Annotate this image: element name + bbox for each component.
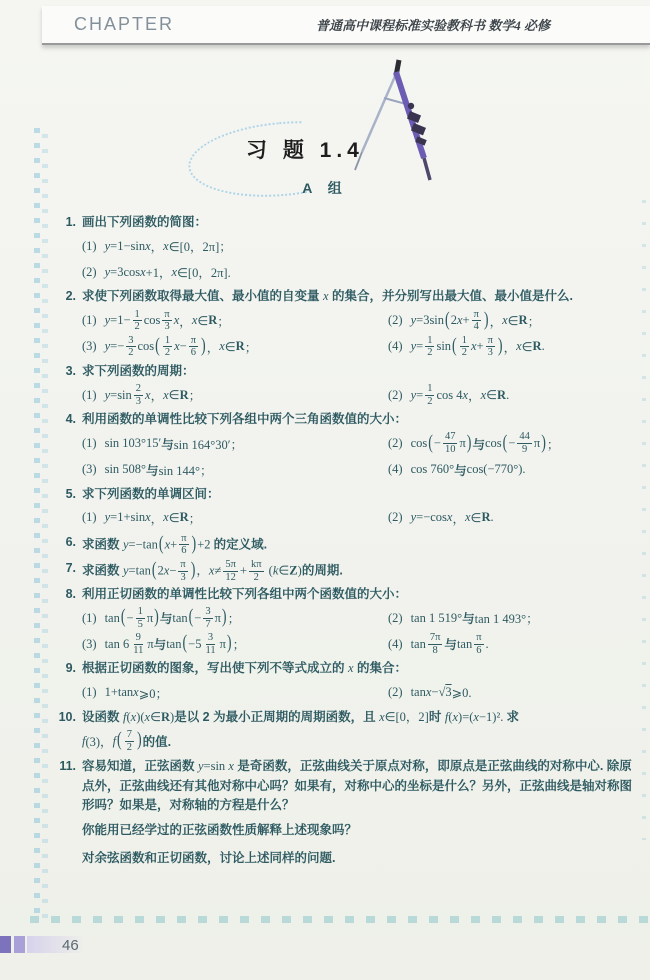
sub-item-label: (2) [388, 510, 403, 525]
statement-text: 与 [160, 609, 173, 627]
fraction: 12 [163, 335, 172, 359]
chapter-label: CHAPTER [74, 14, 174, 35]
sub-item-label: (3) [82, 637, 97, 652]
problem-number: 7. [52, 559, 82, 583]
math-text: ( [266, 563, 273, 577]
math-text: + [477, 339, 484, 354]
sub-item-formula: sin 508° 与 sin 144°； [105, 461, 213, 479]
math-text: π [459, 436, 465, 451]
math-text: ∈[0，2π]； [169, 237, 232, 255]
problem-statement-row: 10.设函数 f(x)(x∈R)是以 2 为最小正周期的周期函数，且 x∈[0，… [52, 708, 634, 727]
problem-6: 6.求函数 y=−tan(x+π6)+2 的定义域. [52, 533, 634, 557]
sub-item-formula: sin 103°15′ 与 sin 164°30′； [105, 435, 243, 453]
statement-text: 容易知道，正弦函数 [82, 759, 198, 773]
sub-item-formula: y=3cos x+1，x∈[0，2π]. [105, 263, 231, 281]
problem-3: 3.求下列函数的周期：(1)y=sin 23x，x∈R；(2)y=12cos 4… [52, 362, 634, 408]
math-text: ∈ [150, 710, 161, 724]
fraction: π6 [179, 533, 188, 557]
problem-statement: 求下列函数的周期： [82, 362, 634, 381]
math-text: − [194, 611, 201, 626]
math-text: sin 508° [105, 462, 146, 477]
math-text: ； [217, 312, 230, 330]
sub-item-formula: y=1+sin x，x∈R； [105, 509, 202, 527]
fraction: 23 [134, 383, 143, 407]
sub-item: (1)sin 103°15′ 与 sin 164°30′； [82, 431, 382, 457]
math-text: + [170, 537, 177, 551]
group-a-label: A 组 [0, 178, 650, 198]
math-text: =tan [129, 563, 151, 577]
math-text: −1)². [479, 710, 506, 724]
fraction: 32 [126, 335, 135, 359]
page-header: CHAPTER 普通高中课程标准实验教科书 数学4 必修 [42, 6, 650, 45]
statement-text: 与 [472, 435, 485, 453]
math-text: =1− [110, 313, 130, 328]
problem-number: 4. [52, 410, 82, 429]
math-text: ， [452, 509, 465, 527]
problem-statement-row: 4.利用函数的单调性比较下列各组中两个三角函数值的大小： [52, 410, 634, 429]
problem-4: 4.利用函数的单调性比较下列各组中两个三角函数值的大小：(1)sin 103°1… [52, 410, 634, 482]
math-text: cos [485, 436, 502, 451]
math-text: π [534, 436, 540, 451]
problem-9: 9.根据正切函数的图象，写出使下列不等式成立的 x 的集合：(1)1+tan x… [52, 659, 634, 705]
problem-statement: 求使下列函数取得最大值、最小值的自变量 x 的集合，并分别写出最大值、最小值是什… [82, 287, 634, 306]
math-text: ∈ [169, 387, 180, 403]
sub-item-grid: (1)y=sin 23x，x∈R；(2)y=12cos 4x，x∈R. [52, 382, 634, 408]
problem-statement-row: 7.求函数 y=tan(2x−π3)，x≠5π12+kπ2 (k∈Z)的周期. [52, 559, 634, 583]
big-paren: ) [227, 633, 232, 656]
math-text: ， [196, 563, 209, 577]
sub-item: (1)y=1−sin x，x∈[0，2π]； [82, 233, 634, 259]
fraction: π3 [486, 335, 495, 359]
math-text: =−cos [416, 510, 447, 525]
sqrt: √3 [438, 685, 451, 700]
sub-item-label: (2) [388, 388, 403, 403]
problem-number: 11. [52, 757, 82, 815]
sub-item-formula: y=12sin(12x+π3)，x∈R. [411, 335, 545, 359]
problem-statement: 求函数 y=tan(2x−π3)，x≠5π12+kπ2 (k∈Z)的周期. [82, 559, 634, 583]
math-text: + [463, 313, 470, 328]
sub-item-grid: (1)1+tan x⩾0；(2)tan x−√3⩾0. [52, 680, 634, 706]
math-text: = [416, 339, 423, 354]
math-text: − [434, 436, 441, 451]
math-text: . [490, 510, 493, 525]
problem-statement-row: 11.容易知道，正弦函数 y=sin x 是奇函数，正弦曲线关于原点对称，即原点… [52, 757, 634, 815]
sub-item-formula: tan(−15π)与 tan(−37π)； [105, 606, 241, 630]
math-text: π [220, 637, 226, 652]
math-text: π [147, 611, 153, 626]
math-text: R [481, 510, 490, 525]
statement-text: 与 [146, 461, 159, 479]
sub-item-grid: (1)y=1−sin x，x∈[0，2π]；(2)y=3cos x+1，x∈[0… [52, 233, 634, 285]
sub-item: (3)y=−32cos(12x−π6)，x∈R； [82, 334, 382, 360]
problem-statement-row: 1.画出下列函数的简图： [52, 213, 634, 232]
problem-8: 8.利用正切函数的单调性比较下列各组中两个函数值的大小：(1)tan(−15π)… [52, 585, 634, 657]
problem-11: 11.容易知道，正弦函数 y=sin x 是奇函数，正弦曲线关于原点对称，即原点… [52, 757, 634, 871]
math-text: ， [207, 338, 220, 356]
statement-text: 根据正切函数的图象，写出使下列不等式成立的 [82, 661, 348, 675]
math-text: ∈ [225, 339, 236, 355]
statement-text: 时 [429, 710, 445, 724]
big-paren: ) [484, 309, 489, 332]
fraction: π6 [474, 632, 483, 656]
left-edge-dashes-decor-2 [42, 134, 48, 920]
math-text: +2 [197, 537, 213, 551]
statement-text: 与 [154, 635, 167, 653]
math-text: R [180, 510, 189, 525]
sub-item-label: (1) [82, 611, 97, 626]
statement-text: 你能用已经学过的正弦函数性质解释上述现象吗？ [82, 820, 357, 838]
big-paren: ) [191, 555, 196, 586]
problem-statement-row: 5.求下列函数的单调区间： [52, 485, 634, 504]
fraction: 311 [203, 632, 217, 656]
sub-item-label: (3) [82, 462, 97, 477]
sub-item: (1)y=1−12cos π3x，x∈R； [82, 308, 382, 334]
statement-text: 与 [161, 435, 174, 453]
problem-1: 1.画出下列函数的简图：(1)y=1−sin x，x∈[0，2π]；(2)y=3… [52, 213, 634, 285]
math-text: R [497, 388, 506, 403]
footer-block-light [14, 936, 25, 953]
sub-item: (2)y=12cos 4x，x∈R. [388, 382, 634, 408]
fraction: 4710 [443, 431, 458, 455]
problem-statement: 画出下列函数的简图： [82, 213, 634, 232]
fraction: 7π8 [428, 632, 443, 656]
footer-block-dark [0, 936, 11, 953]
sub-item-label: (1) [82, 388, 97, 403]
math-text: ； [547, 435, 560, 453]
sub-item-label: (2) [82, 265, 97, 280]
math-text: R [533, 339, 542, 354]
statement-text: 画出下列函数的简图： [82, 215, 207, 229]
big-paren: ) [137, 730, 142, 753]
math-text: − [127, 611, 134, 626]
statement-text: 的定义域. [214, 537, 267, 551]
big-paren: ) [498, 335, 503, 358]
math-text: ， [504, 338, 517, 356]
right-edge-dashes-decor [642, 200, 646, 840]
sub-item-formula: tan x−√3⩾0. [411, 685, 472, 701]
sub-item-formula: y=1−sin x，x∈[0，2π]； [105, 237, 232, 255]
math-text: R [236, 339, 245, 354]
sub-item-grid: (1)tan(−15π)与 tan(−37π)；(2)tan 1 519° 与 … [52, 605, 634, 657]
sub-item-formula: cos 760° 与 cos(−770°). [411, 461, 526, 479]
sub-item-label: (1) [82, 436, 97, 451]
math-text: ， [490, 312, 503, 330]
fraction: 12 [425, 335, 434, 359]
math-text: tan [166, 637, 181, 652]
sub-item: (4)y=12sin(12x+π3)，x∈R. [388, 334, 634, 360]
sub-item-label: (1) [82, 239, 97, 254]
problem-extra-line: 对余弦函数和正切函数，讨论上述同样的问题. [52, 843, 634, 871]
math-text: ≠ [214, 563, 221, 577]
problem-number: 6. [52, 533, 82, 557]
fraction: π6 [189, 335, 198, 359]
math-text: )( [136, 710, 144, 724]
statement-text: 对余弦函数和正切函数，讨论上述同样的问题. [82, 848, 335, 866]
statement-text: 利用函数的单调性比较下列各组中两个三角函数值的大小： [82, 412, 407, 426]
sub-item-formula: cos(−4710π) 与 cos(−449π)； [411, 431, 560, 455]
big-paren: ( [117, 730, 122, 753]
statement-text: 求函数 [82, 563, 123, 577]
sub-item-label: (1) [82, 510, 97, 525]
statement-text: 的集合，并分别写出最大值、最小值是什么. [329, 289, 573, 303]
statement-text: 的周期. [302, 563, 343, 577]
statement-text: 与 [444, 635, 457, 653]
math-text: sin 164°30′； [174, 435, 243, 453]
sub-item-label: (4) [388, 637, 403, 652]
sub-item-label: (1) [82, 685, 97, 700]
problem-statement: 求下列函数的单调区间： [82, 485, 634, 504]
math-text: =3cos [110, 265, 140, 280]
textbook-page: CHAPTER 普通高中课程标准实验教科书 数学4 必修 习 题 1.4 [0, 0, 650, 980]
big-paren: ( [452, 335, 457, 358]
math-text: 1+tan [105, 685, 134, 700]
math-text: tan 1 493°； [475, 609, 539, 627]
problem-number: 10. [52, 708, 82, 727]
math-text: cos [144, 313, 161, 328]
big-paren: ( [152, 555, 157, 586]
big-paren: ) [222, 607, 227, 630]
math-text: (3)， [85, 732, 112, 750]
big-paren: ( [503, 432, 508, 455]
statement-text: 与 [454, 461, 467, 479]
sub-item: (2)tan 1 519° 与 tan 1 493°； [388, 605, 634, 631]
math-text: =1+sin [110, 510, 145, 525]
math-text: cos [138, 339, 155, 354]
statement-text: 是以 2 为最小正周期的周期函数，且 [174, 710, 379, 724]
sub-item: (1)y=1+sin x，x∈R； [82, 505, 382, 531]
math-text: ； [233, 635, 246, 653]
sub-item-label: (4) [388, 462, 403, 477]
math-text: =−tan [129, 537, 158, 551]
math-text: +1， [146, 263, 172, 281]
math-text: ， [151, 509, 164, 527]
math-text: f [113, 734, 116, 749]
sub-item-formula: y=−32cos(12x−π6)，x∈R； [105, 335, 258, 359]
big-paren: ) [154, 607, 159, 630]
math-text: R [208, 313, 217, 328]
math-text: ； [189, 386, 202, 404]
sub-item: (1)tan(−15π)与 tan(−37π)； [82, 605, 382, 631]
sub-item: (4)tan 7π8与 tan π6. [388, 631, 634, 657]
problem-extra-line: f(3)，f(72) 的值. [52, 727, 634, 755]
sub-item: (4)cos 760° 与 cos(−770°). [388, 457, 634, 483]
fraction: π3 [178, 559, 187, 583]
math-text: ∈[0，2π]. [177, 263, 231, 281]
problem-statement-row: 8.利用正切函数的单调性比较下列各组中两个函数值的大小： [52, 585, 634, 604]
compass-icon [326, 56, 438, 193]
sub-item: (2)y=3sin(2x+π4)，x∈R； [388, 308, 634, 334]
fraction: 911 [131, 632, 145, 656]
big-paren: ( [428, 432, 433, 455]
math-text: cos 4 [436, 388, 462, 403]
statement-text: 求函数 [82, 537, 123, 551]
math-text: =1−sin [110, 239, 145, 254]
math-text: )=( [458, 710, 473, 724]
fraction: 12 [133, 309, 142, 333]
problem-number: 8. [52, 585, 82, 604]
big-paren: ) [541, 432, 546, 455]
problem-number: 2. [52, 287, 82, 306]
sub-item: (3)sin 508° 与 sin 144°； [82, 457, 382, 483]
math-text: = [416, 388, 423, 403]
fraction: kπ2 [249, 559, 264, 583]
problem-statement-row: 2.求使下列函数取得最大值、最小值的自变量 x 的集合，并分别写出最大值、最小值… [52, 287, 634, 306]
fraction: 12 [425, 383, 434, 407]
statement-text: 求 [506, 710, 519, 724]
math-text: ； [189, 509, 202, 527]
math-text: =sin [110, 388, 132, 403]
fraction: 72 [125, 729, 134, 753]
problem-extra-line: 你能用已经学过的正弦函数性质解释上述现象吗？ [52, 815, 634, 843]
big-paren: ( [121, 607, 126, 630]
sub-item-label: (1) [82, 313, 97, 328]
math-text: ∈[0，2] [385, 710, 429, 724]
problem-statement: 求函数 y=−tan(x+π6)+2 的定义域. [82, 533, 634, 557]
statement-text: 求使下列函数取得最大值、最小值的自变量 [82, 289, 323, 303]
math-text: ， [151, 386, 164, 404]
sub-item-label: (2) [388, 436, 403, 451]
big-paren: ( [189, 607, 194, 630]
sub-item-grid: (1)y=1+sin x，x∈R；(2)y=−cos x，x∈R. [52, 505, 634, 531]
math-text: =− [110, 339, 124, 354]
left-edge-dashes-decor [34, 128, 40, 920]
math-text: − [431, 685, 438, 700]
math-text: ， [151, 237, 164, 255]
fraction: π4 [472, 309, 481, 333]
sub-item-label: (3) [82, 339, 97, 354]
fraction: 449 [517, 431, 532, 455]
problem-statement-row: 3.求下列函数的周期： [52, 362, 634, 381]
math-text: R [519, 313, 528, 328]
sub-item-formula: y=−cos x，x∈R. [411, 509, 494, 527]
math-text: . [542, 339, 545, 354]
math-text: sin [436, 339, 451, 354]
problem-10: 10.设函数 f(x)(x∈R)是以 2 为最小正周期的周期函数，且 x∈[0，… [52, 708, 634, 755]
math-text: ； [228, 609, 241, 627]
statement-text: 的值. [143, 732, 171, 750]
math-text: − [169, 563, 176, 577]
problem-7: 7.求函数 y=tan(2x−π3)，x≠5π12+kπ2 (k∈Z)的周期. [52, 559, 634, 583]
problem-statement-row: 9.根据正切函数的图象，写出使下列不等式成立的 x 的集合： [52, 659, 634, 678]
math-text: tan [105, 611, 120, 626]
big-paren: ( [182, 633, 187, 656]
sub-item-grid: (1)sin 103°15′ 与 sin 164°30′；(2)cos(−471… [52, 431, 634, 483]
statement-text: 利用正切函数的单调性比较下列各组中两个函数值的大小： [82, 587, 407, 601]
statement-text: 求下列函数的单调区间： [82, 487, 220, 501]
math-text: ， [468, 386, 481, 404]
sub-item-formula: tan 6 911π 与 tan(−5 311π)； [105, 632, 246, 656]
math-text: ∈ [486, 387, 497, 403]
sub-item: (2)y=−cos x，x∈R. [388, 505, 634, 531]
math-text: − [180, 339, 187, 354]
book-title: 普通高中课程标准实验教科书 数学4 必修 [316, 15, 550, 34]
fraction: 5π12 [223, 559, 238, 583]
math-text: ； [528, 312, 541, 330]
math-text: tan [411, 685, 426, 700]
sub-item: (3)tan 6 911π 与 tan(−5 311π)； [82, 631, 382, 657]
sub-item: (1)1+tan x⩾0； [82, 680, 382, 706]
math-text: − [508, 436, 515, 451]
problem-statement: 容易知道，正弦函数 y=sin x 是奇函数，正弦曲线关于原点对称，即原点是正弦… [82, 757, 634, 815]
sub-item: (2)cos(−4710π) 与 cos(−449π)； [388, 431, 634, 457]
statement-text: 与 [462, 609, 475, 627]
math-text: tan [172, 611, 187, 626]
statement-text: 的集合： [354, 661, 407, 675]
math-text: sin 103°15′ [105, 436, 162, 451]
problem-statement: 利用正切函数的单调性比较下列各组中两个函数值的大小： [82, 585, 634, 604]
sub-item-grid: (1)y=1−12cos π3x，x∈R；(2)y=3sin(2x+π4)，x∈… [52, 308, 634, 360]
sub-item-label: (2) [388, 611, 403, 626]
math-text: ； [245, 338, 258, 356]
math-text: ∈ [278, 563, 289, 577]
math-text: sin 144°； [159, 461, 213, 479]
problem-number: 1. [52, 213, 82, 232]
math-text: cos [411, 436, 428, 451]
title-area: 习 题 1.4 A 组 [0, 118, 650, 210]
problem-statement: 设函数 f(x)(x∈R)是以 2 为最小正周期的周期函数，且 x∈[0，2]时… [82, 708, 634, 727]
math-text: ， [179, 312, 192, 330]
sub-item-formula: y=1−12cos π3x，x∈R； [105, 309, 230, 333]
big-paren: ( [445, 309, 450, 332]
sub-item-formula: y=sin 23x，x∈R； [105, 383, 202, 407]
sub-item-formula: y=12cos 4x，x∈R. [411, 383, 510, 407]
sub-item-formula: 1+tan x⩾0； [105, 684, 168, 702]
problem-statement: 根据正切函数的图象，写出使下列不等式成立的 x 的集合： [82, 659, 634, 678]
fraction: 15 [136, 606, 145, 630]
math-text: =sin [204, 759, 229, 773]
math-text: R [180, 388, 189, 403]
math-text: tan [457, 637, 472, 652]
sub-item: (1)y=sin 23x，x∈R； [82, 382, 382, 408]
math-text: ∈ [471, 510, 482, 526]
math-text: π [215, 611, 221, 626]
big-paren: ( [155, 335, 160, 358]
math-text: tan 1 519° [411, 611, 463, 626]
math-text: tan [411, 637, 426, 652]
math-text: R [161, 710, 170, 724]
math-text: =3sin [416, 313, 444, 328]
math-text: ⩾0； [139, 684, 168, 702]
sub-item-formula: y=3sin(2x+π4)，x∈R； [411, 309, 541, 333]
problem-2: 2.求使下列函数取得最大值、最小值的自变量 x 的集合，并分别写出最大值、最小值… [52, 287, 634, 359]
math-text: tan 6 [105, 637, 130, 652]
sub-item-label: (2) [388, 313, 403, 328]
big-paren: ( [159, 529, 164, 560]
problem-5: 5.求下列函数的单调区间：(1)y=1+sin x，x∈R；(2)y=−cos … [52, 485, 634, 531]
bottom-dashes-decor [30, 916, 648, 923]
fraction: 37 [203, 606, 212, 630]
math-text: ⩾0. [452, 685, 472, 701]
sub-item-formula: tan 1 519° 与 tan 1 493°； [411, 609, 539, 627]
problem-number: 5. [52, 485, 82, 504]
sub-item-label: (4) [388, 339, 403, 354]
math-text: ∈ [508, 313, 519, 329]
statement-text: 求下列函数的周期： [82, 364, 195, 378]
math-text: cos 760° [411, 462, 455, 477]
math-text: −5 [188, 637, 201, 652]
page-number: 46 [62, 937, 79, 954]
problem-number: 9. [52, 659, 82, 678]
sub-item-label: (2) [388, 685, 403, 700]
math-text: ∈ [197, 313, 208, 329]
sub-item-formula: tan 7π8与 tan π6. [411, 632, 489, 656]
math-text: ∈ [169, 510, 180, 526]
problem-statement: 利用函数的单调性比较下列各组中两个三角函数值的大小： [82, 410, 634, 429]
math-text: ∈ [522, 339, 533, 355]
big-paren: ) [201, 335, 206, 358]
statement-text: 设函数 [82, 710, 123, 724]
problem-number: 3. [52, 362, 82, 381]
